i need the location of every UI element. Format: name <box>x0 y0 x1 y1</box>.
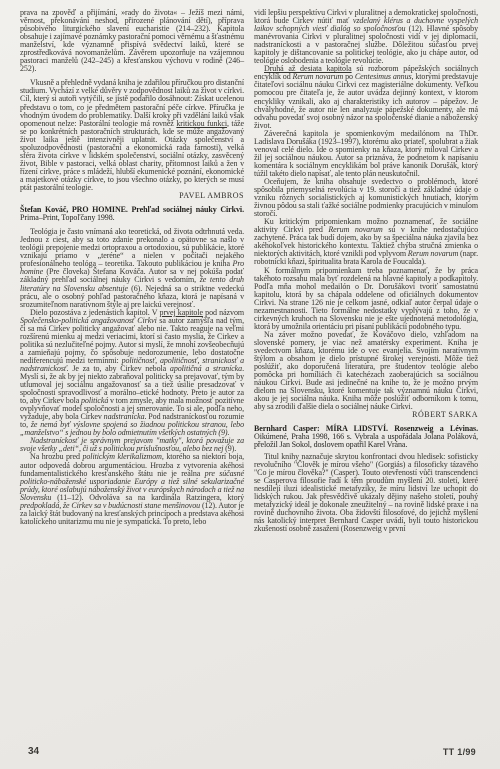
paragraph-church-perspective: vidí lepšiu perspektívu Cirkvi v plurali… <box>254 9 478 65</box>
left-column: prava na zpověď a přijímání, »rady do ži… <box>20 9 244 533</box>
paragraph-marriage-pastoral: prava na zpověď a přijímání, »rady do ži… <box>20 9 244 73</box>
right-column: vidí lepšiu perspektívu Cirkvi v plurali… <box>254 9 478 533</box>
signature-robert-sarka: RÓBERT SARKA <box>254 411 478 419</box>
paragraph-book-evaluation: Vkusně a přehledně vydaná kniha je zdaři… <box>20 79 244 192</box>
paragraph-clericalism: Na hrozbu pred politickým klerikalizmom,… <box>20 453 244 525</box>
paragraph-conclusion: Na záver možno povedať, že Kováčovo diel… <box>254 331 478 411</box>
paragraph-nadstranickost: Nadstraníckosť je správnym prejavom "mat… <box>20 437 244 453</box>
journal-page: prava na zpověď a přijímání, »rady do ži… <box>0 0 500 769</box>
paragraph-encyclicals: Druhá až desiata kapitola sú rozborom pá… <box>254 65 478 129</box>
heading-casper-mira-lidstvi: Bernhard Casper: MÍRA LIDSTVÍ. Rosenzwei… <box>254 425 478 449</box>
paragraph-theology-praxis: Teológia je často vnímaná ako teoretická… <box>20 228 244 308</box>
paragraph-dorusak-medallion: Záverečná kapitola je spomienkovým medai… <box>254 130 478 178</box>
issue-label: TT 1/99 <box>443 747 476 757</box>
heading-kovac-pro-homine: Štefan Kováč, PRO HOMINE. Prehľad sociál… <box>20 206 244 222</box>
paragraph-formal-remarks: K formálnym pripomienkam treba poznamena… <box>254 267 478 331</box>
paragraph-critical-remarks: Ku kritickým pripomienkam možno poznamen… <box>254 218 478 266</box>
signature-pavel-ambros: PAVEL AMBROS <box>20 192 244 200</box>
paragraph-industrial-revolution: Oceňujem, že kniha obsahuje svedectvo o … <box>254 178 478 218</box>
paragraph-first-chapter: Dielo pozostáva z jedenástich kapitol. V… <box>20 309 244 438</box>
page-number: 34 <box>28 746 39 757</box>
text-columns: prava na zpověď a přijímání, »rady do ži… <box>20 9 479 533</box>
paragraph-casper-intro: Titul knihy naznačuje skrytou konfrontac… <box>254 453 478 533</box>
